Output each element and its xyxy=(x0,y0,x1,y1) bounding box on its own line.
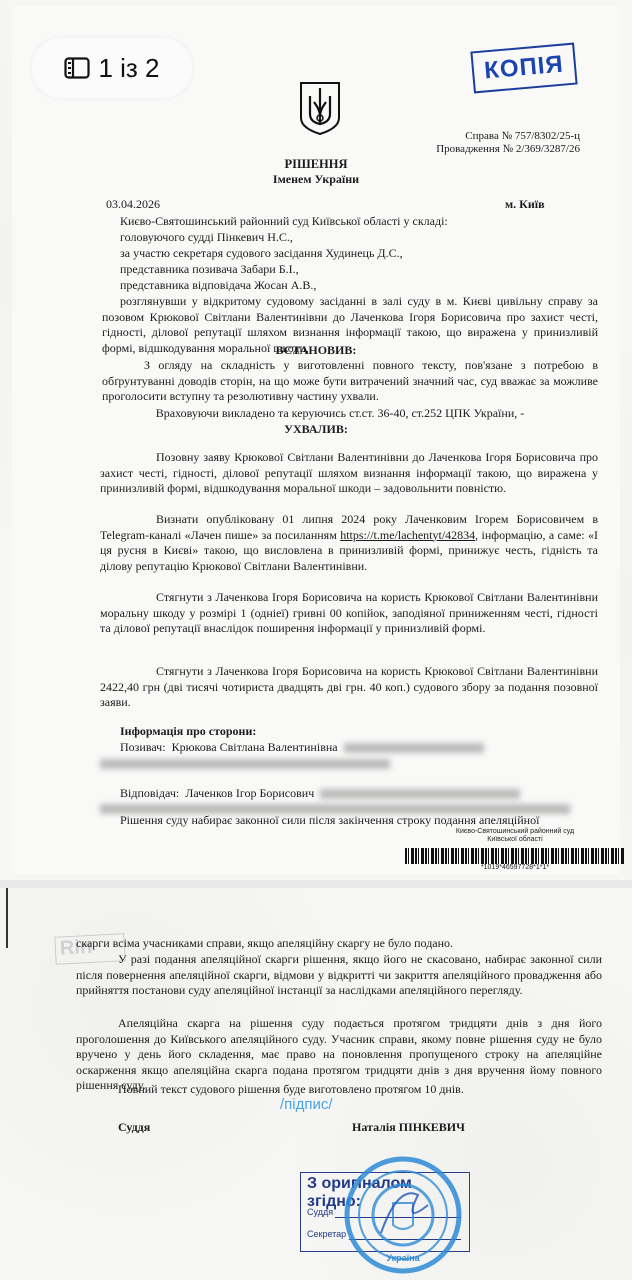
plaintiff-address-redacted xyxy=(100,756,390,772)
telegram-link[interactable]: https://t.me/lachentyt/42834 xyxy=(340,528,475,542)
ruling-paragraph-1: Позовну заяву Крюкової Світлани Валентин… xyxy=(100,450,598,497)
intro-line-5: представника відповідача Жосан А.В., xyxy=(120,278,316,294)
decision-date: 03.04.2026 xyxy=(106,197,160,213)
intro-line-3: за участю секретаря судового засідання Х… xyxy=(120,246,403,262)
ruling-paragraph-4: Стягнути з Лаченкова Ігоря Борисовича на… xyxy=(100,664,598,711)
intro-line-2: головуючого судді Пінкевич Н.С., xyxy=(120,230,293,246)
intro-line-4: представника позивача Забари Б.І., xyxy=(120,262,299,278)
certify-judge-label: Суддя xyxy=(307,1207,333,1217)
page1-last-line: Рішення суду набирає законної сили після… xyxy=(120,813,539,829)
page-edge-line xyxy=(6,888,8,948)
barcode xyxy=(405,848,625,864)
page2-continuation: скарги всіма учасниками справи, якщо апе… xyxy=(76,936,453,952)
defendant-name: Лаченков Ігор Борисович xyxy=(185,786,314,800)
established-paragraph: З огляду на складність у виготовленні по… xyxy=(102,358,598,405)
defendant-line: Відповідач: Лаченков Ігор Борисович xyxy=(120,786,520,802)
sidebar-panel-icon xyxy=(64,57,90,79)
coat-of-arms-icon xyxy=(298,80,342,136)
appeal-paragraph: У разі подання апеляційної скарги рішенн… xyxy=(76,952,602,999)
document-subtitle: Іменем України xyxy=(0,172,632,187)
redacted-address xyxy=(344,743,484,753)
intro-line-1: Києво-Святошинський районний суд Київськ… xyxy=(120,214,448,230)
parties-heading: Інформація про сторони: xyxy=(120,724,256,740)
case-number: Справа № 757/8302/25-ц xyxy=(436,130,580,143)
barcode-number: *1019*46597728*1*1* xyxy=(440,864,590,871)
court-seal-icon: Україна xyxy=(343,1155,463,1275)
document-title: РІШЕННЯ xyxy=(0,157,632,172)
plaintiff-label: Позивач: xyxy=(120,740,166,754)
judge-label: Суддя xyxy=(118,1120,150,1136)
plaintiff-name: Крюкова Світлана Валентинівна xyxy=(172,740,338,754)
judge-name: Наталія ПІНКЕВИЧ xyxy=(352,1120,465,1136)
signature-mark: /підпис/ xyxy=(280,1096,333,1113)
svg-text:Україна: Україна xyxy=(386,1253,420,1263)
decided-heading: УХВАЛИВ: xyxy=(0,422,632,438)
case-info: Справа № 757/8302/25-ц Провадження № 2/3… xyxy=(436,130,580,156)
ruling-paragraph-2: Визнати опубліковану 01 липня 2024 року … xyxy=(100,512,598,574)
page-counter-button[interactable]: 1 із 2 xyxy=(32,38,192,98)
defendant-label: Відповідач: xyxy=(120,786,179,800)
decision-city: м. Київ xyxy=(505,197,545,213)
proceeding-number: Провадження № 2/369/3287/26 xyxy=(436,143,580,156)
ruling-paragraph-3: Стягнути з Лаченкова Ігоря Борисовича на… xyxy=(100,590,598,637)
established-heading: ВСТАНОВИВ: xyxy=(0,343,632,359)
footer-court-name: Києво-Святошинський районний суд Київськ… xyxy=(440,828,590,844)
certify-secretary-label: Секретар xyxy=(307,1229,346,1239)
guided-paragraph: Враховуючи викладено та керуючись ст.ст.… xyxy=(60,406,620,422)
plaintiff-line: Позивач: Крюкова Світлана Валентинівна xyxy=(120,740,484,756)
redacted-address xyxy=(320,789,520,799)
page-counter-label: 1 із 2 xyxy=(98,53,159,84)
